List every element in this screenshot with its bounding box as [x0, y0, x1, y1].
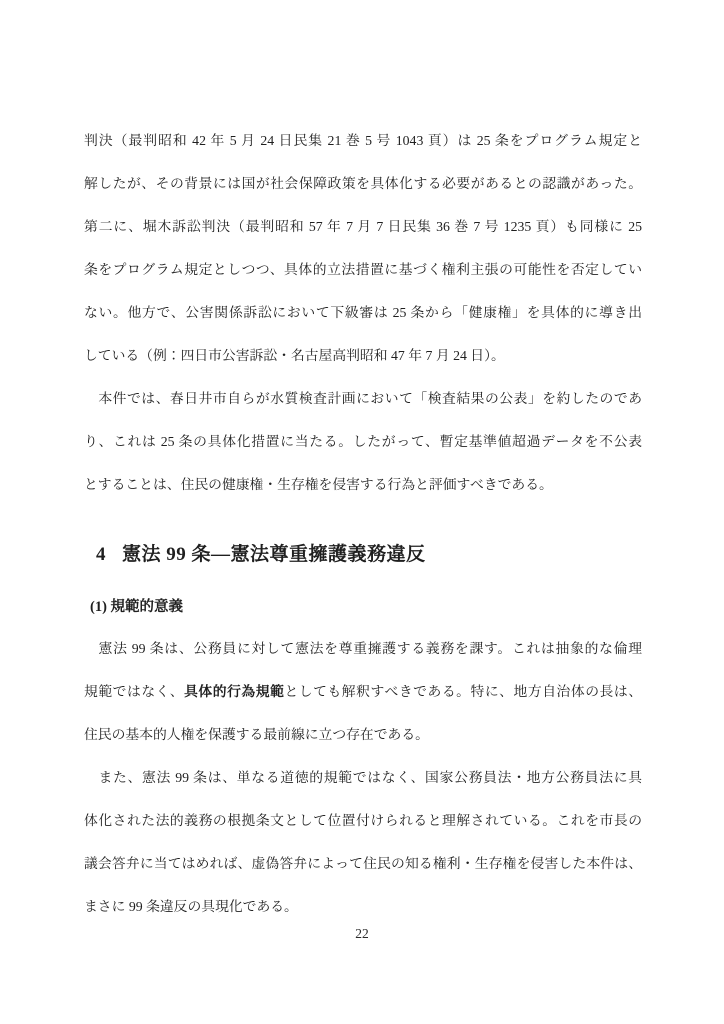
section-heading: 4憲法 99 条―憲法尊重擁護義務違反: [96, 540, 642, 570]
paragraph-honken-25jo: 本件では、春日井市自らが水質検査計画において「検査結果の公表」を約したのであ り…: [84, 377, 642, 506]
paragraph-line: 憲法 99 条は、公務員に対して憲法を尊重擁護する義務を課す。これは抽象的な倫理: [84, 627, 642, 670]
bold-term: 具体的行為規範: [184, 684, 284, 699]
line-segment: としても解釈すべきである。特に、地方自治体の長は、: [284, 684, 642, 699]
section-title: 憲法 99 条―憲法尊重擁護義務違反: [122, 544, 426, 565]
paragraph-line: 本件では、春日井市自らが水質検査計画において「検査結果の公表」を約したのであ: [84, 377, 642, 420]
text-body: 判決（最判昭和 42 年 5 月 24 日民集 21 巻 5 号 1043 頁）…: [84, 0, 642, 928]
paragraph-line: 解したが、その背景には国が社会保障政策を具体化する必要があるとの認識があった。: [84, 162, 642, 205]
paragraph-line: 体化された法的義務の根拠条文として位置付けられると理解されている。これを市長の: [84, 799, 642, 842]
paragraph-line: まさに 99 条違反の具現化である。: [84, 885, 642, 928]
paragraph-line: 条をプログラム規定としつつ、具体的立法措置に基づく権利主張の可能性を否定してい: [84, 248, 642, 291]
paragraph-line: 判決（最判昭和 42 年 5 月 24 日民集 21 巻 5 号 1043 頁）…: [84, 119, 642, 162]
line-segment: 規範ではなく、: [84, 684, 184, 699]
paragraph-line: 議会答弁に当てはめれば、虚偽答弁によって住民の知る権利・生存権を侵害した本件は、: [84, 842, 642, 885]
section-number: 4: [96, 540, 106, 570]
paragraph-line: している（例：四日市公害訴訟・名古屋高判昭和 47 年 7 月 24 日）。: [84, 334, 642, 377]
paragraph-99jo-meaning: 憲法 99 条は、公務員に対して憲法を尊重擁護する義務を課す。これは抽象的な倫理…: [84, 627, 642, 756]
paragraph-line: ない。他方で、公害関係訴訟において下級審は 25 条から「健康権」を具体的に導き…: [84, 291, 642, 334]
paragraph-line: また、憲法 99 条は、単なる道徳的規範ではなく、国家公務員法・地方公務員法に具: [84, 756, 642, 799]
paragraph-line: 住民の基本的人権を保護する最前線に立つ存在である。: [84, 713, 642, 756]
paragraph-25jo-caselaw: 判決（最判昭和 42 年 5 月 24 日民集 21 巻 5 号 1043 頁）…: [84, 119, 642, 377]
subsection-heading: (1) 規範的意義: [90, 596, 642, 618]
paragraph-line: とすることは、住民の健康権・生存権を侵害する行為と評価すべきである。: [84, 463, 642, 506]
paragraph-99jo-legal-duty: また、憲法 99 条は、単なる道徳的規範ではなく、国家公務員法・地方公務員法に具…: [84, 756, 642, 928]
paragraph-line: 規範ではなく、具体的行為規範としても解釈すべきである。特に、地方自治体の長は、: [84, 670, 642, 713]
document-page: 判決（最判昭和 42 年 5 月 24 日民集 21 巻 5 号 1043 頁）…: [0, 0, 724, 1024]
paragraph-line: 第二に、堀木訴訟判決（最判昭和 57 年 7 月 7 日民集 36 巻 7 号 …: [84, 205, 642, 248]
paragraph-line: り、これは 25 条の具体化措置に当たる。したがって、暫定基準値超過データを不公…: [84, 420, 642, 463]
